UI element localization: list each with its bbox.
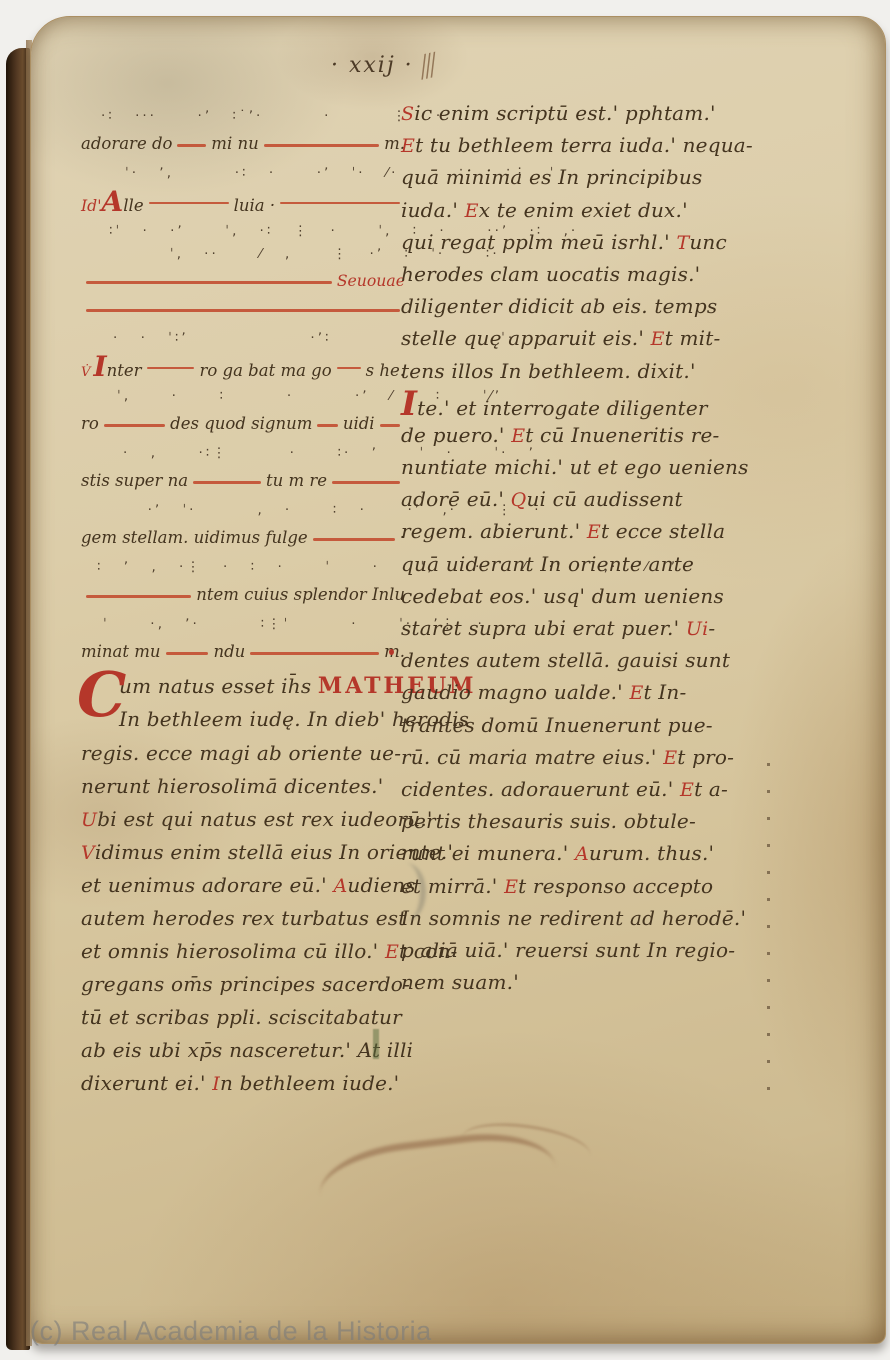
red-extension-line [166,652,209,655]
manuscript-line: nuntiate michi.' ut et ego ueniens [401,455,745,487]
neume-row: ·ʼ ˈ· ‚ · ∶ · ·ʼ ‚· ⋮ · [81,499,405,523]
text-segment: regem. abierunt.' [401,519,587,543]
neume-row: ∶ˈ · ·ʼ ˈ‚ ·∶ ⋮ · ˈ‚ ∶ · ··ʼ ·∶ ‚· ˈ‚ ··… [81,220,405,266]
manuscript-line: nem suam.' [401,970,745,1002]
manuscript-line: rū. cū maria matre eius.' Et pro- [401,745,745,777]
neume-row: ∶ ʼ ‚ ·⋮ · ∶ · ˈ · ˈ‚ · ⁄ ·ʼ ‚· ˈ⁄ ʼ [81,556,405,580]
text-segment: stelle quę apparuit eis.' [401,326,651,350]
text-segment: tu m re [266,471,327,490]
text-segment: urum. thus.' [589,841,714,865]
text-segment: staret supra ubi erat puer.' [401,616,686,640]
manuscript-line: gaudio magno ualde.' Et In- [401,680,745,712]
text-segment: unc [689,230,727,254]
manuscript-line: ab eis ubi xp̄s nasceretur.' At illi [81,1038,405,1071]
text-segment: nerunt hierosolimā dicentes.' [81,774,383,798]
text-segment: tū et scribas ppli. sciscitabatur [81,1005,402,1029]
neume-row: ·∶ ··· ·ʼ ∶˙ʼ· · ⋮ ˈ· . [81,105,405,129]
text-segment: herodes clam uocatis magis.' [401,262,700,286]
text-segment: U [81,809,97,831]
chant-text-line: Id'Alleluia · [81,191,405,215]
red-extension-line [280,202,400,205]
text-segment: runt ei munera.' [401,841,575,865]
text-segment: dixerunt ei.' [81,1071,212,1095]
manuscript-line: quā minima es In principibus [401,165,745,197]
text-segment: diligenter didicit ab eis. temps [401,294,717,318]
neume-row: ˈ· ʼ‚ ·∶ · ·ʼ ˈ· ⁄· ∶ ∶⋮ ˈ [81,162,405,186]
text-segment: bi est qui natus est rex iudeorū.' [97,807,432,831]
text-segment: et uenimus adorare eū.' [81,873,333,897]
incipit-line: In bethleem iudę. In dieb' herodis [81,707,405,741]
text-segment: gem stellam. uidimus fulge [81,528,308,547]
text-segment: dentes autem stellā. gauisi sunt [401,648,730,672]
text-segment: E [629,682,643,704]
chant-block: ·∶ ··· ·ʼ ∶˙ʼ· · ⋮ ˈ· .adorare domi num.… [81,105,405,665]
text-segment: E [663,747,677,769]
text-segment: ab eis ubi xp̄s nasceretur.' At illi [81,1038,413,1062]
text-segment: stis super na [81,471,188,490]
text-segment: nuntiate michi.' ut et ego ueniens [401,455,749,479]
text-segment: V̇ [81,365,91,380]
manuscript-line: dentes autem stellā. gauisi sunt [401,648,745,680]
manuscript-line: Sic enim scriptū est.' pphtam.' [401,101,745,133]
chant-text-line: rodes quod signumuidi [81,414,405,437]
text-segment: et omnis hierosolima cū illo.' [81,939,385,963]
manuscript-line: et mirrā.' Et responso accepto [401,874,745,906]
manuscript-line: p aliā uiā.' reuersi sunt In regio- [401,938,745,970]
text-segment: luia · [234,196,276,215]
manuscript-line: quā uiderant In oriente ante [401,552,745,584]
text-segment: E [465,200,479,222]
red-extension-line [264,144,379,147]
text-segment: E [385,941,399,963]
text-segment: s he. [366,361,405,380]
manuscript-line: gregans om̄s principes sacerdo- [81,972,405,1005]
text-segment: ui cū audissent [526,487,682,511]
text-segment: E [504,876,518,898]
manuscript-line: trantes domū Inuenerunt pue- [401,713,745,745]
text-segment: quā uiderant In oriente ante [401,552,694,576]
text-segment: In somnis ne redirent ad herodē.' [401,906,746,930]
manuscript-line: autem herodes rex turbatus est [81,906,405,939]
text-segment: t In- [644,680,687,704]
gray-blot-stain [386,863,426,921]
chant-text-line: adorare domi num. [81,134,405,157]
text-segment: S [401,103,414,125]
manuscript-line: cedebat eos.' usq' dum ueniens [401,584,745,616]
text-segment: t cū Inueneritis re- [525,423,719,447]
manuscript-line: adorē eū.' Qui cū audissent [401,487,745,519]
text-segment: E [651,328,665,350]
chant-text-line: gem stellam. uidimus fulge· [81,528,405,551]
red-extension-line [86,595,191,598]
text-segment: adorare do [81,134,172,153]
neume-row: ˈ ·‚ ʼ· ∶⋮ˈ · ˈ· ʼ⋮ · [81,613,405,637]
text-segment: Id' [81,196,102,215]
manuscript-line: tū et scribas ppli. sciscitabatur [81,1005,405,1038]
manuscript-line: Et tu bethleem terra iuda.' nequa- [401,133,745,165]
text-segment: V [81,842,95,864]
text-segment: idimus enim stellā eius In oriente.' [95,840,453,864]
text-segment: um natus esset ih̄s [119,674,318,698]
manuscript-line: herodes clam uocatis magis.' [401,262,745,294]
text-segment: E [587,521,601,543]
manuscript-line: pertis thesauris suis. obtule- [401,809,745,841]
incipit-line: um natus esset ih̄s MATHEUM [81,673,405,707]
text-segment: E [401,135,415,157]
text-segment: qui regat pplm meū isrhl.' [401,230,676,254]
text-segment: ic enim scriptū est.' pphtam.' [414,101,716,125]
text-segment: quā minima es In principibus [401,165,702,189]
chant-text-line [81,299,405,322]
pen-trial-flourish: /// [416,46,437,84]
text-segment: pertis thesauris suis. obtule- [401,809,696,833]
manuscript-line: tens illos In bethleem. dixit.' [401,359,745,391]
manuscript-line: regem. abierunt.' Et ecce stella [401,519,745,551]
chant-text-line: Seuouae [81,271,405,294]
text-segment: E [511,425,525,447]
text-segment: ndu [213,642,245,661]
neume-row: · ‚ ·∶⋮ · ∶· ʼ ˈ · ˈ· ʼ [81,442,405,466]
chant-text-line: stis super natu m re [81,471,405,494]
text-segment: ro [81,414,99,433]
text-segment: de puero.' [401,423,511,447]
text-segment: Ui [686,618,709,640]
text-segment: I [401,391,417,418]
left-column: ·∶ ··· ·ʼ ∶˙ʼ· · ⋮ ˈ· .adorare domi num.… [81,105,405,1104]
text-segment: tens illos In bethleem. dixit.' [401,359,696,383]
text-segment: nem suam.' [401,970,519,994]
text-segment: iuda.' [401,198,465,222]
manuscript-line: iuda.' Ex te enim exiet dux.' [401,198,745,230]
manuscript-line: qui regat pplm meū isrhl.' Tunc [401,230,745,262]
text-segment: - [708,616,715,640]
text-segment: E [680,779,694,801]
text-segment: cedebat eos.' usq' dum ueniens [401,584,724,608]
text-segment: t tu bethleem terra iuda.' nequa- [415,133,753,157]
red-extension-line [86,281,332,284]
text-segment: p aliā uiā.' reuersi sunt In regio- [401,938,735,962]
text-segment: regis. ecce magi ab oriente ue- [81,741,401,765]
text-segment: t a- [694,777,728,801]
incipit-lines: um natus esset ih̄s MATHEUMIn bethleem i… [81,673,405,741]
red-extension-line [104,424,165,427]
neume-row: · · ˈ∶ʼ ·ʼ∶ · ˈ· [81,327,405,351]
text-segment: n bethleem iude.' [220,1071,399,1095]
manuscript-line: Vidimus enim stellā eius In oriente.' [81,840,405,873]
text-segment: te.' et interrogate diligenter [417,396,708,420]
red-extension-line [313,538,395,541]
copyright-watermark: (c) Real Academia de la Historia [30,1316,432,1347]
parchment-page: · xxij ·/// ·∶ ··· ·ʼ ∶˙ʼ· · ⋮ ˈ· .adora… [30,16,886,1344]
red-extension-line [380,424,400,427]
text-segment: I [212,1073,220,1095]
red-extension-line [177,144,206,147]
text-segment: I [94,356,107,378]
red-extension-line [317,424,337,427]
green-pigment-mark [373,1029,379,1059]
text-segment: ro ga bat ma go [199,361,331,380]
manuscript-line: cidentes. adorauerunt eū.' Et a- [401,777,745,809]
red-extension-line [250,652,379,655]
text-segment: des quod signum [170,414,312,433]
manuscript-line: Ite.' et interrogate diligenter [401,391,745,423]
text-segment: A [575,843,589,865]
text-segment: A [102,191,124,213]
manuscript-line: Ubi est qui natus est rex iudeorū.' [81,807,405,840]
red-extension-line [147,367,195,370]
red-extension-line [193,481,261,484]
left-gospel-lines: regis. ecce magi ab oriente ue-nerunt hi… [81,741,405,1104]
text-segment: t ecce stella [601,519,725,543]
text-segment: gaudio magno ualde.' [401,680,629,704]
text-segment: mi nu [211,134,258,153]
text-segment: A [333,875,347,897]
text-segment: nter [107,361,142,380]
text-segment: rū. cū maria matre eius.' [401,745,663,769]
gospel-incipit: C um natus esset ih̄s MATHEUMIn bethleem… [81,673,405,741]
prick-marks [767,739,770,1111]
manuscript-line: diligenter didicit ab eis. temps [401,294,745,326]
text-segment: cidentes. adorauerunt eū.' [401,777,680,801]
manuscript-line: de puero.' Et cū Inueneritis re- [401,423,745,455]
right-column: Sic enim scriptū est.' pphtam.'Et tu bet… [401,101,745,1002]
manuscript-line: regis. ecce magi ab oriente ue- [81,741,405,774]
neume-row: ˈ‚ · ∶ · ·ʼ ⁄ ∶ ˈ⁄ʼ [81,385,405,409]
text-segment: lle [123,196,143,215]
text-segment: trantes domū Inuenerunt pue- [401,713,713,737]
manuscript-line: nerunt hierosolimā dicentes.' [81,774,405,807]
incipit-initial: C [77,667,126,723]
text-segment: uidi [343,414,375,433]
text-segment: T [676,232,689,254]
text-segment: ntem cuius splendor Inlu [196,585,405,604]
manuscript-line: runt ei munera.' Aurum. thus.' [401,841,745,873]
manuscript-line: et omnis hierosolima cū illo.' Et con- [81,939,405,972]
chant-text-line: minat mundum. [81,642,405,665]
chant-text-line: ntem cuius splendor Inlu [81,585,405,608]
red-extension-line [332,481,400,484]
chant-text-line: V̇Interro ga bat ma gos he. [81,356,405,380]
manuscript-line: In somnis ne redirent ad herodē.' [401,906,745,938]
folio-number-text: · xxij · [331,53,414,78]
text-segment: gregans om̄s principes sacerdo- [81,972,410,996]
manuscript-line: staret supra ubi erat puer.' Ui- [401,616,745,648]
text-segment: Q [511,489,527,511]
text-segment: autem herodes rex turbatus est [81,906,407,930]
text-segment: x te enim exiet dux.' [479,198,688,222]
manuscript-line: stelle quę apparuit eis.' Et mit- [401,326,745,358]
text-segment: t responso accepto [518,874,713,898]
red-extension-line [86,309,400,312]
red-extension-line [337,367,361,370]
text-segment: adorē eū.' [401,487,511,511]
text-segment: t mit- [665,326,721,350]
folio-number: · xxij ·/// [331,53,491,78]
manuscript-line: et uenimus adorare eū.' Audiens [81,873,405,906]
text-segment: Seuouae [337,271,405,290]
text-segment: t pro- [677,745,734,769]
red-versus-dot [389,649,394,655]
red-extension-line [149,202,229,205]
manuscript-line: dixerunt ei.' In bethleem iude.' [81,1071,405,1104]
